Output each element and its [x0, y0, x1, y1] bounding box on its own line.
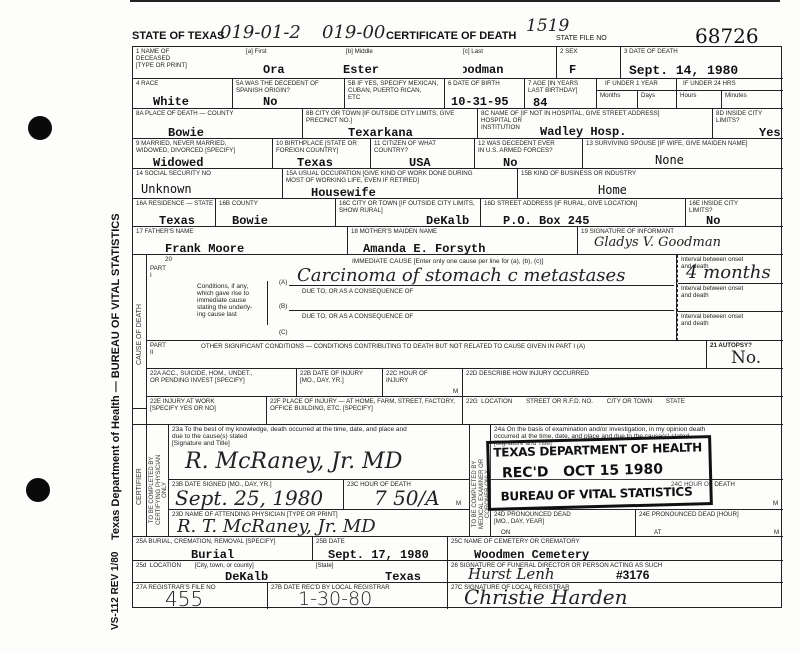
stamp-received-date: REC'D OCT 15 1980 — [502, 461, 663, 481]
attending-physician-field: 23d NAME OF ATTENDING PHYSICIAN [Type or… — [169, 510, 469, 537]
residence-street-field: 16d STREET ADDRESS [If rural, give locat… — [481, 199, 686, 227]
residence-county-field: 16b COUNTY Bowie — [216, 199, 336, 227]
date-signed-field: 23b DATE SIGNED [Mo., Day, Yr.] Sept. 25… — [169, 480, 344, 510]
injury-at-work-field: 22e INJURY AT WORK [Specify yes or no] — [147, 397, 267, 425]
registrar-file-no-field: 27a REGISTRAR'S FILE NO 455 — [133, 583, 268, 609]
physician-statement-field: 23a To the best of my knowledge, death o… — [169, 425, 469, 480]
hour-of-injury-field: 22c HOUR OF INJURY M — [383, 369, 463, 397]
stamp-department: TEXAS DEPARTMENT OF HEALTH — [493, 440, 702, 459]
state-file-label: STATE FILE NO — [556, 35, 607, 42]
burial-location-field: 25d LOCATION [City, town, or county] [St… — [133, 561, 448, 583]
city-or-town-field: 8b CITY OR TOWN [If outside city limits,… — [303, 109, 478, 139]
informant-signature-field: 19 SIGNATURE OF INFORMANT Gladys V. Good… — [578, 227, 783, 255]
date-of-birth-field: 6 DATE OF BIRTH 10-31-95 — [445, 79, 525, 109]
certificate-title: CERTIFICATE OF DEATH — [386, 30, 516, 42]
pronounced-dead-hour-field: 24e PRONOUNCED DEAD [Hour] AT M — [636, 510, 783, 537]
middle-name-field: [b] Middle Ester — [343, 47, 463, 79]
residence-state-field: 16a RESIDENCE — STATE Texas — [133, 199, 216, 227]
age-field: 7 AGE [In years last birthday] 84 — [525, 79, 597, 109]
interval-section: Interval between onset and death 4 month… — [677, 255, 783, 341]
state-heading: STATE OF TEXAS — [132, 30, 225, 42]
state-file-number: 68726 — [695, 24, 759, 48]
registrar-date-field: 27b DATE REC'D BY LOCAL REGISTRAR 1-30-8… — [268, 583, 448, 609]
physician-only-side-label: To be completed by CERTIFYING PHYSICIAN … — [147, 425, 169, 537]
funeral-director-field: 26 SIGNATURE OF FUNERAL DIRECTOR OR PERS… — [448, 561, 783, 583]
form-revision-text: VS-112 REV 1/80 — [110, 552, 121, 630]
spanish-origin-field: 5a WAS THE DECEDENT OF SPANISH ORIGIN? N… — [233, 79, 345, 109]
place-of-death-county-field: 8a PLACE OF DEATH — COUNTY Bowie — [133, 109, 303, 139]
stamp-bureau: BUREAU OF VITAL STATISTICS — [500, 485, 692, 504]
handwritten-code-1: 019-01-2 — [220, 22, 301, 43]
autopsy-field: 21 AUTOPSY? No. — [707, 341, 783, 369]
name-label-cell: 1 NAME OF DECEASED [Type or print] — [133, 47, 243, 79]
surviving-spouse-field: 13 SURVIVING SPOUSE [If wife, give maide… — [583, 139, 783, 169]
burial-method-field: 25a BURIAL, CREMATION, REMOVAL [Specify]… — [133, 537, 313, 561]
part-1-section: 20 PART I IMMEDIATE CAUSE [Enter only on… — [147, 255, 677, 341]
date-of-death-field: 3 DATE OF DEATH Sept. 14, 1980 — [621, 47, 783, 79]
certifier-side-label: CERTIFIER — [133, 425, 147, 537]
first-name-field: [a] First Ora — [243, 47, 343, 79]
cemetery-name-field: 25c NAME OF CEMETERY OR CREMATORY Woodme… — [448, 537, 783, 561]
handwritten-code-3: 1519 — [526, 16, 569, 36]
social-security-field: 14 SOCIAL SECURITY NO Unknown — [133, 169, 283, 199]
usual-occupation-field: 15a USUAL OCCUPATION [Give kind of work … — [283, 169, 518, 199]
father-name-field: 17 FATHER'S NAME Frank Moore — [133, 227, 348, 255]
top-border — [130, 0, 780, 2]
sex-field: 2 SEX F — [557, 47, 621, 79]
inside-city-limits-field: 8d INSIDE CITY LIMITS? Yes — [713, 109, 783, 139]
under-24-hrs-field: IF UNDER 24 HRS Hours Minutes — [677, 79, 783, 109]
residence-city-field: 16c CITY OR TOWN [If outside city limits… — [336, 199, 481, 227]
birthplace-field: 10 BIRTHPLACE [State or foreign country]… — [273, 139, 371, 169]
under-1-year-field: IF UNDER 1 YEAR Months Days — [597, 79, 677, 109]
burial-date-field: 25b DATE Sept. 17, 1980 — [313, 537, 448, 561]
hospital-field: 8c NAME OF [If not in hospital, give str… — [478, 109, 713, 139]
death-certificate-form: 1 NAME OF DECEASED [Type or print] [a] F… — [132, 46, 782, 608]
pronounced-dead-date-field: 24d PRONOUNCED DEAD [Mo., Day, Year] ON — [491, 510, 636, 537]
armed-forces-field: 12 WAS DECEDENT EVER IN U.S. ARMED FORCE… — [475, 139, 583, 169]
citizenship-field: 11 CITIZEN OF WHAT COUNTRY? USA — [371, 139, 475, 169]
agency-margin-text: Texas Department of Health — BUREAU OF V… — [110, 213, 122, 540]
residence-inside-city-field: 16e INSIDE CITY LIMITS? No — [686, 199, 783, 227]
mother-maiden-name-field: 18 MOTHER'S MAIDEN NAME Amanda E. Forsyt… — [348, 227, 578, 255]
part-2-section: PART II OTHER SIGNIFICANT CONDITIONS — C… — [147, 341, 707, 369]
last-name-field: [c] Last Goodman — [463, 47, 557, 79]
injury-description-field: 22d DESCRIBE HOW INJURY OCCURRED — [463, 369, 783, 397]
manner-of-death-field: 22a ACC., SUICIDE, HOM., UNDET., OR PEND… — [147, 369, 297, 397]
handwritten-code-2: 019-00 — [322, 22, 385, 43]
registrar-signature-field: 27c SIGNATURE OF LOCAL REGISTRAR Christi… — [448, 583, 783, 609]
punch-hole-bottom — [26, 478, 50, 502]
injury-location-field: 22g LOCATION STREET OR R.F.D. NO. CITY O… — [463, 397, 783, 425]
business-industry-field: 15b KIND OF BUSINESS OR INDUSTRY Home — [518, 169, 783, 199]
side-spacer — [133, 409, 147, 425]
marital-status-field: 9 MARRIED, NEVER MARRIED, WIDOWED, DIVOR… — [133, 139, 273, 169]
received-stamp: TEXAS DEPARTMENT OF HEALTH REC'D OCT 15 … — [486, 435, 713, 511]
cause-of-death-side-label: CAUSE OF DEATH — [133, 255, 147, 409]
punch-hole-top — [28, 116, 52, 140]
spanish-specify-field: 5b IF YES, SPECIFY MEXICAN, CUBAN, PUERT… — [345, 79, 445, 109]
date-of-injury-field: 22b DATE OF INJURY [Mo., Day, Yr.] — [297, 369, 383, 397]
hour-of-death-field: 23c HOUR OF DEATH 7 50/A M — [344, 480, 469, 510]
race-field: 4 RACE White — [133, 79, 233, 109]
place-of-injury-field: 22f PLACE OF INJURY — At home, farm, str… — [267, 397, 463, 425]
